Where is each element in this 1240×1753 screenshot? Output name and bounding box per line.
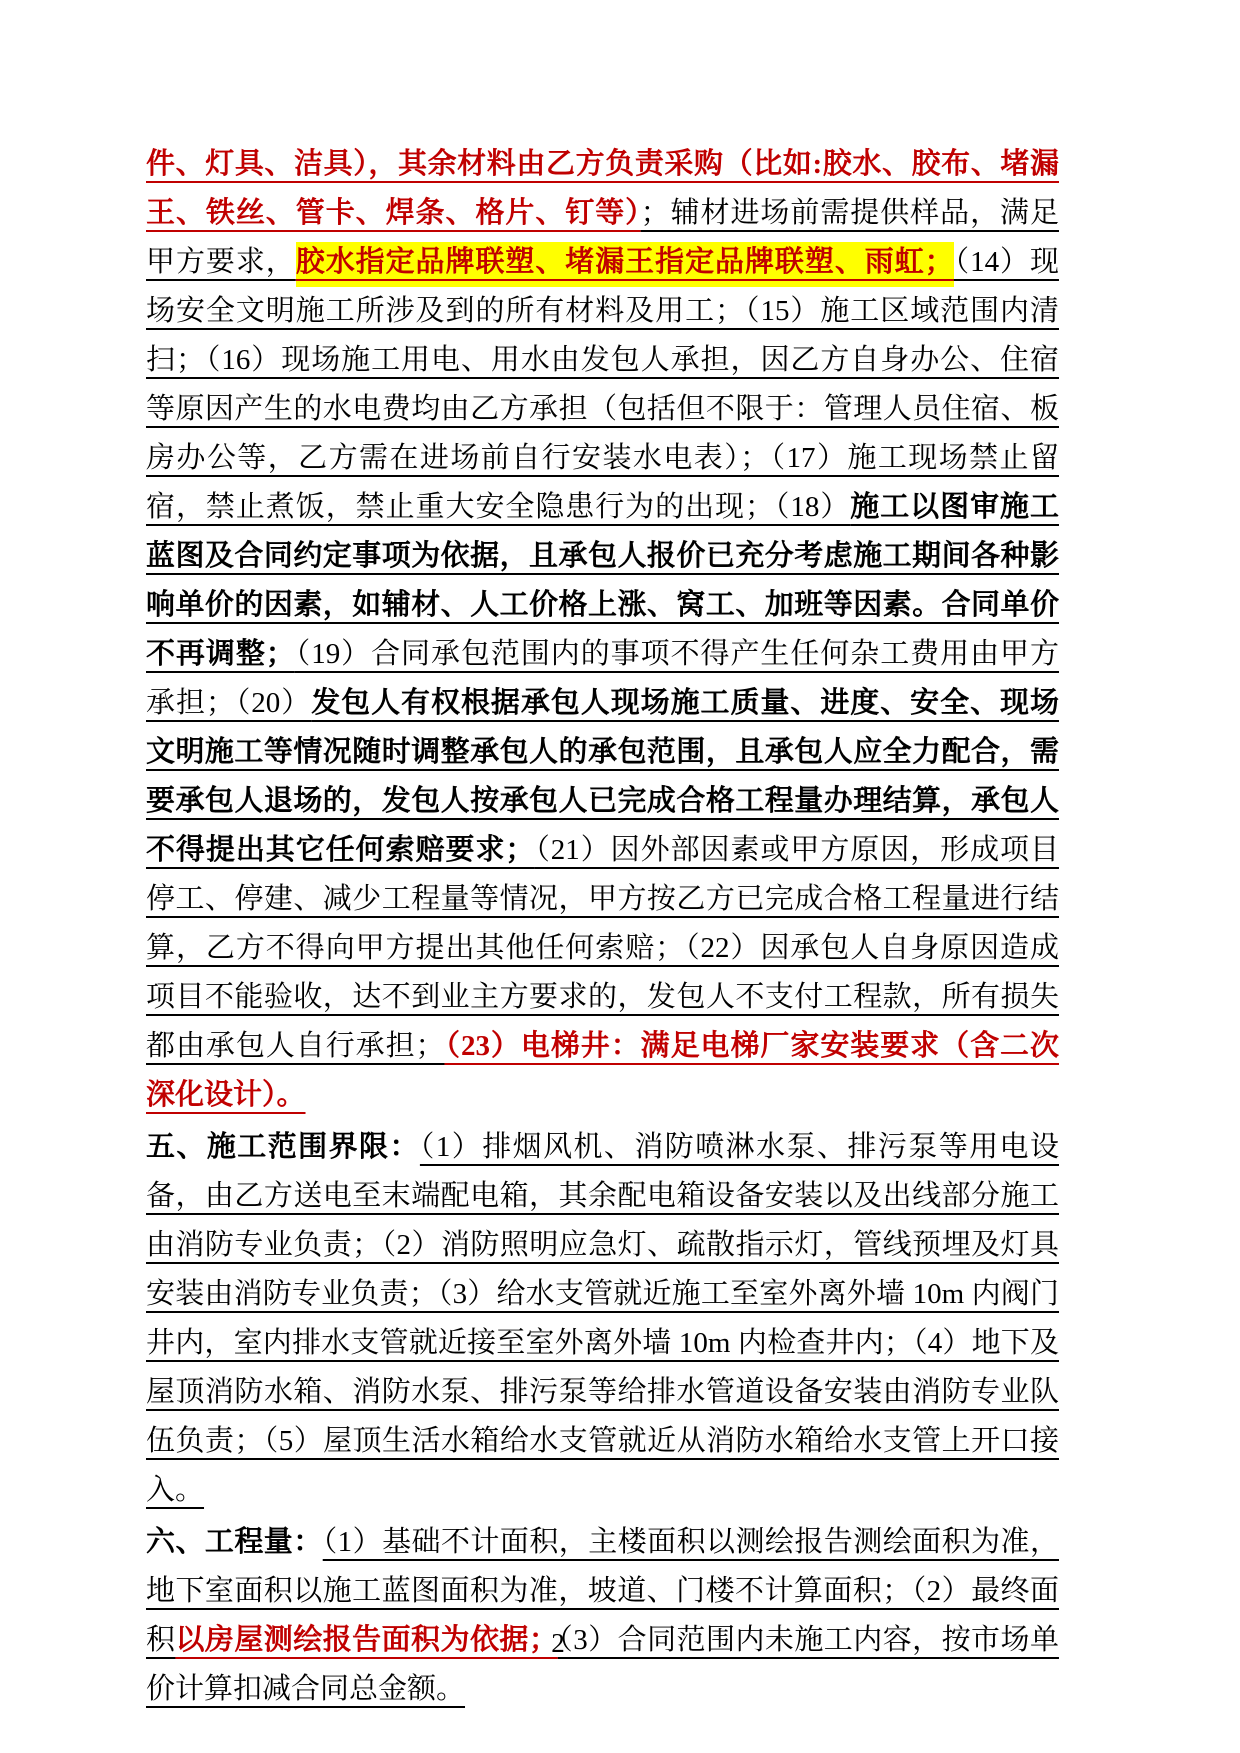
document-body: 件、灯具、洁具），其余材料由乙方负责采购（比如:胶水、胶布、堵漏王、铁丝、管卡、… (146, 140, 1059, 1714)
section-5-body-text: （1）排烟风机、消防喷淋水泵、排污泵等用电设备，由乙方送电至末端配电箱，其余配电… (146, 1131, 1059, 1506)
page-number: 2 (536, 1626, 580, 1660)
document-page: 件、灯具、洁具），其余材料由乙方负责采购（比如:胶水、胶布、堵漏王、铁丝、管卡、… (0, 0, 1240, 1753)
paragraph-construction-scope: 五、施工范围界限：（1）排烟风机、消防喷淋水泵、排污泵等用电设备，由乙方送电至末… (146, 1123, 1059, 1515)
section-5-heading: 五、施工范围界限： (146, 1131, 420, 1163)
section-6-red-basis-text: 以房屋测绘报告面积为依据； (175, 1624, 557, 1656)
section-6-heading: 六、工程量： (146, 1526, 323, 1558)
paragraph-quantity: 六、工程量：（1）基础不计面积，主楼面积以测绘报告测绘面积为准，地下室面积以施工… (146, 1518, 1059, 1714)
clause-14-to-18-text: （14）现场安全文明施工所涉及到的所有材料及用工；（15）施工区域范围内清扫；（… (146, 246, 1059, 523)
clause-21-22-text: （21）因外部因素或甲方原因，形成项目停工、停建、减少工程量等情况，甲方按乙方已… (146, 834, 1059, 1062)
clause-brand-highlight-text: 胶水指定品牌联塑、堵漏王指定品牌联塑、雨虹； (296, 242, 954, 287)
paragraph-clauses-continuation: 件、灯具、洁具），其余材料由乙方负责采购（比如:胶水、胶布、堵漏王、铁丝、管卡、… (146, 140, 1059, 1120)
